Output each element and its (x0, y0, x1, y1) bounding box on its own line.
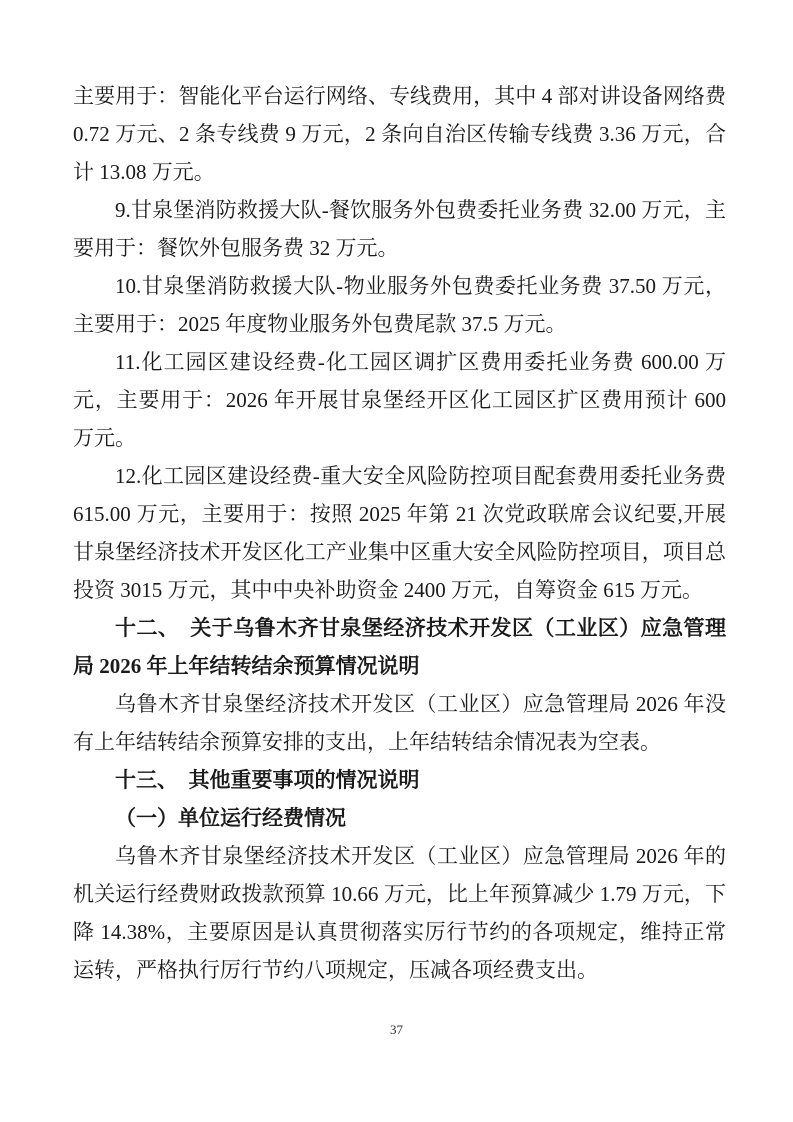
page-number: 37 (390, 1022, 403, 1037)
document-body: 主要用于：智能化平台运行网络、专线费用，其中 4 部对讲设备网络费 0.72 万… (73, 77, 726, 989)
page-footer: 37 (0, 1020, 793, 1040)
paragraph-continuation-smart-platform-fees: 主要用于：智能化平台运行网络、专线费用，其中 4 部对讲设备网络费 0.72 万… (73, 77, 726, 191)
paragraph-item-11-chemical-park-expansion: 11.化工园区建设经费-化工园区调扩区费用委托业务费 600.00 万元，主要用… (73, 343, 726, 457)
paragraph-unit-operating-expense-detail: 乌鲁木齐甘泉堡经济技术开发区（工业区）应急管理局 2026 年的机关运行经费财政… (73, 837, 726, 989)
paragraph-carryover-budget-explanation: 乌鲁木齐甘泉堡经济技术开发区（工业区）应急管理局 2026 年没有上年结转结余预… (73, 685, 726, 761)
subsection-heading-one-unit-operating-expense: （一）单位运行经费情况 (73, 799, 726, 837)
paragraph-item-9-catering-outsourcing: 9.甘泉堡消防救援大队-餐饮服务外包费委托业务费 32.00 万元，主要用于：餐… (73, 191, 726, 267)
document-page: 主要用于：智能化平台运行网络、专线费用，其中 4 部对讲设备网络费 0.72 万… (0, 0, 793, 1122)
paragraph-item-12-major-safety-risk-project: 12.化工园区建设经费-重大安全风险防控项目配套费用委托业务费 615.00 万… (73, 457, 726, 609)
section-heading-thirteen-other-important-matters: 十三、 其他重要事项的情况说明 (73, 761, 726, 799)
section-heading-twelve-carryover-budget: 十二、 关于乌鲁木齐甘泉堡经济技术开发区（工业区）应急管理局 2026 年上年结… (73, 609, 726, 685)
paragraph-item-10-property-outsourcing: 10.甘泉堡消防救援大队-物业服务外包费委托业务费 37.50 万元，主要用于：… (73, 267, 726, 343)
